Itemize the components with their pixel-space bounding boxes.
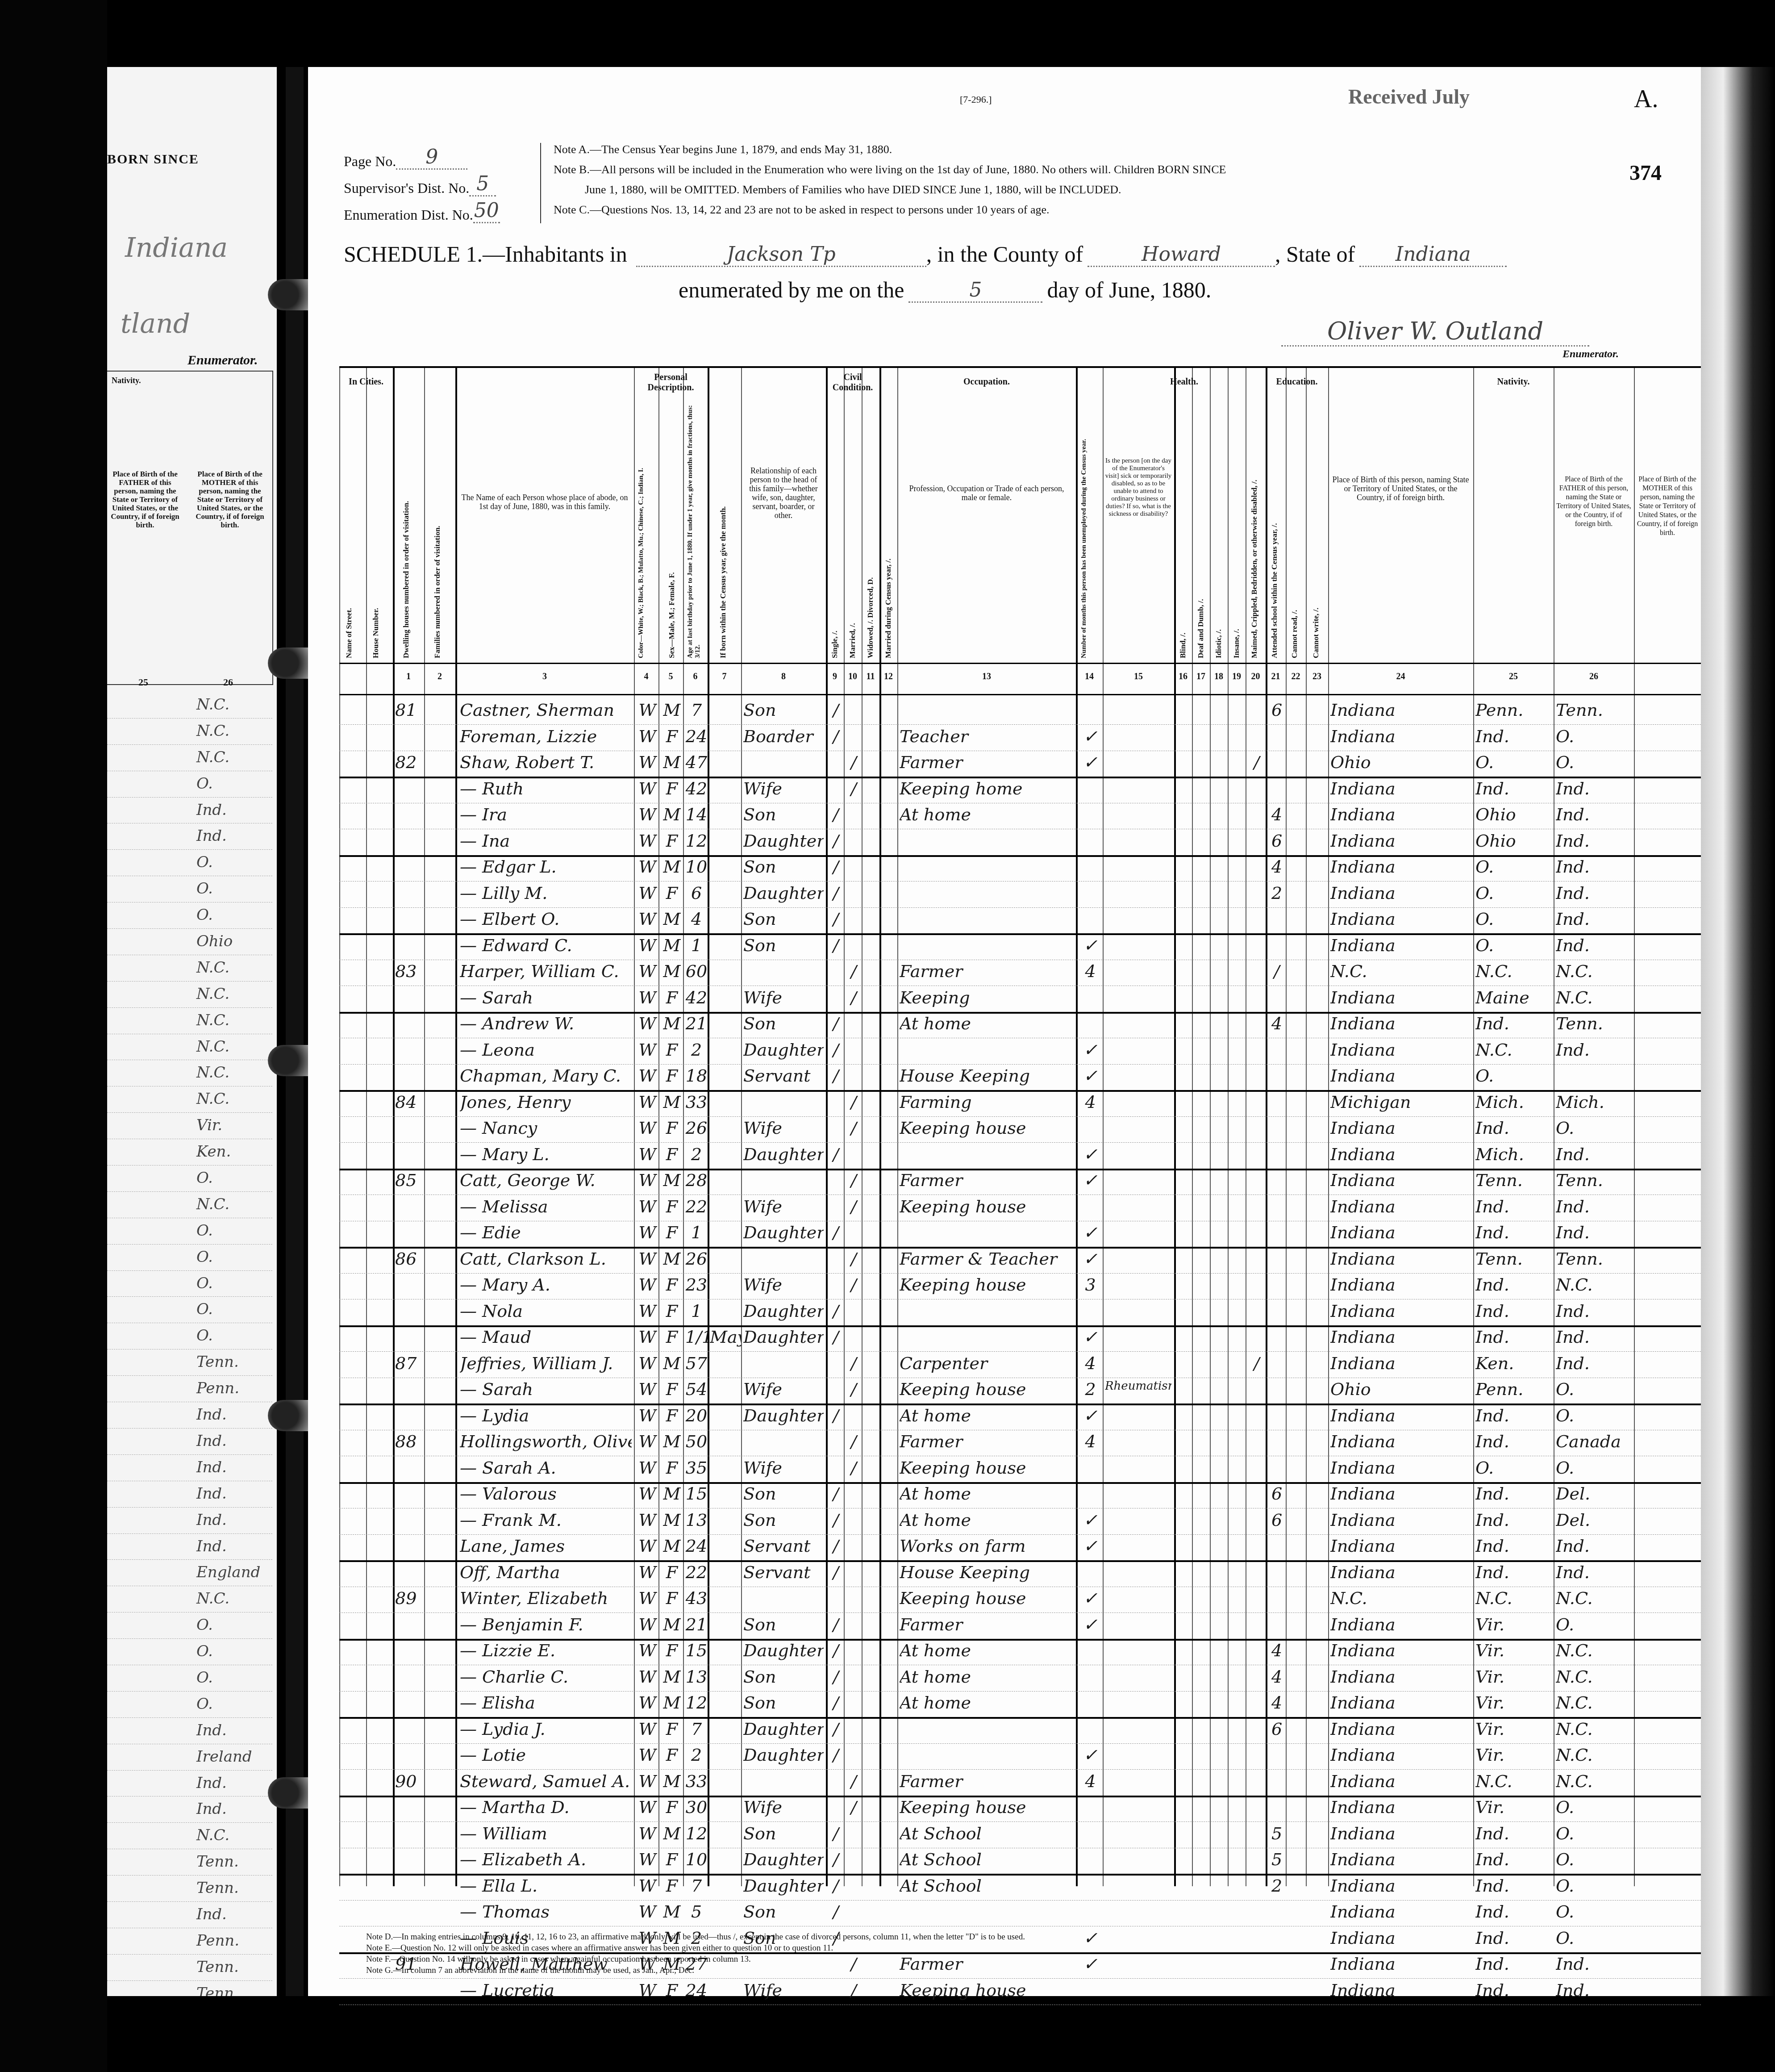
cell-dwelling: 90 [395,1771,422,1791]
cell-occupation: At home [900,805,1074,824]
table-row: — Benjamin F.WM21Son/Farmer✓IndianaVir.O… [339,1613,1701,1641]
cell-sex: F [661,1066,683,1086]
cell-name: — Frank M. [460,1510,632,1530]
cell-sex: M [661,805,683,824]
cell-father: Ind. [1475,1118,1551,1138]
left-col26-header: Place of Birth of the MOTHER of this per… [192,470,268,529]
cell-name: — Ira [460,805,632,824]
left-page-row: O. [107,1323,272,1349]
cell-sex: F [661,1876,683,1896]
table-row: — Mary L.WF2Daughter/✓IndianaMich.Ind.18 [339,1143,1701,1170]
cell-father: Ohio [1475,805,1551,824]
cell-sex: M [661,1536,683,1556]
cell-mother: Ind. [1556,831,1632,851]
cell-single: / [828,1066,844,1086]
table-row: Foreman, LizzieWF24Boarder/Teacher✓India… [339,725,1701,751]
cell-married: / [846,1432,862,1451]
cell-name: — Andrew W. [460,1014,632,1033]
cell-color: W [636,1432,658,1451]
cell-single: / [828,883,844,903]
cell-occupation: At home [900,1693,1074,1713]
cell-occupation: Keeping house [900,1588,1074,1608]
cell-single: / [828,936,844,955]
left-page-row: Tenn. [107,1349,272,1376]
cell-unemp: ✓ [1078,1588,1103,1608]
cell-father: Vir. [1475,1641,1551,1660]
cell-color: W [636,831,658,851]
cell-name: — Charlie C. [460,1667,632,1687]
left-nativity-header: Nativity. Place of Birth of the FATHER o… [107,371,273,685]
cell-rel: Boarder [743,727,824,746]
cell-father: Vir. [1475,1667,1551,1687]
left-page-row: N.C. [107,1586,272,1612]
cell-occupation: Keeping house [900,1118,1074,1138]
cell-father: Ind. [1475,1902,1551,1922]
cell-father: O. [1475,752,1551,772]
left-page-row: N.C. [107,1192,272,1218]
cell-birth: Indiana [1330,831,1471,851]
table-row: — Charlie C.WM13Son/At home4IndianaVir.N… [339,1665,1701,1692]
cell-sex: M [661,1353,683,1373]
cell-age: 5 [685,1902,708,1922]
cell-occupation: Teacher [900,727,1074,746]
cell-sex: M [661,909,683,929]
left-mother-birthplace: N.C. [196,748,229,766]
cell-occupation: House Keeping [900,1562,1074,1582]
cell-sex: F [661,1223,683,1242]
cell-single: / [828,1014,844,1033]
cell-sex: F [661,1301,683,1321]
header-cannot-read: Cannot read, /. [1290,547,1299,658]
cell-birth: Michigan [1330,1092,1471,1112]
table-row: — Edgar L.WM10Son/4IndianaO.Ind.7 [339,855,1701,881]
cell-occupation: At School [900,1850,1074,1869]
cell-birth: Indiana [1330,857,1471,877]
table-row: — LucretiaWF24Wife/Keeping houseIndianaI… [339,1979,1701,2005]
cell-occupation: At home [900,1484,1074,1504]
cell-father: Tenn. [1475,1249,1551,1269]
table-row: — IraWM14Son/At home4IndianaOhioInd.5 [339,803,1701,829]
left-mother-birthplace: Penn. [196,1379,239,1397]
cell-color: W [636,727,658,746]
table-row: Off, MarthaWF22Servant/House KeepingIndi… [339,1561,1701,1587]
cell-single: / [828,1693,844,1713]
cell-mother: N.C. [1556,1693,1632,1713]
cell-unemp: ✓ [1078,1510,1103,1530]
cell-name: Foreman, Lizzie [460,727,632,746]
header-father-birthplace: Place of Birth of the FATHER of this per… [1556,475,1632,529]
cell-school: 4 [1268,1641,1286,1660]
cell-name: — Edgar L. [460,857,632,877]
cell-dwelling: 84 [395,1092,422,1112]
cell-mother: N.C. [1556,1588,1632,1608]
cell-color: W [636,909,658,929]
cell-father: O. [1475,857,1551,877]
cell-rel: Son [743,1824,824,1843]
cell-unemp: ✓ [1078,1536,1103,1556]
cell-name: — William [460,1824,632,1843]
cell-color: W [636,1980,658,2000]
cell-rel: Daughter [743,831,824,851]
header-deaf: Deaf and Dumb, /. [1196,547,1205,658]
cell-age: 15 [685,1484,708,1504]
colnum-5: 5 [658,672,683,682]
cell-sex: F [661,1588,683,1608]
cell-birth: Indiana [1330,1353,1471,1373]
cell-mother: Ind. [1556,883,1632,903]
cell-sex: F [661,1641,683,1660]
header-blind: Blind, /. [1179,582,1187,658]
table-row: — MaudWF1/12MayDaughter/✓IndianaInd.Ind.… [339,1325,1701,1352]
cell-birth: Ohio [1330,1379,1471,1399]
table-row: — LotieWF2Daughter/✓IndianaVir.N.C.41 [339,1743,1701,1770]
cell-rel: Servant [743,1066,824,1086]
colnum-10: 10 [844,672,862,682]
left-mother-birthplace: N.C. [196,1090,229,1108]
cell-school: 6 [1268,1510,1286,1530]
table-row: — ValorousWM15Son/At home6IndianaInd.Del… [339,1482,1701,1508]
cell-father: Ken. [1475,1353,1551,1373]
header-idiotic: Idiotic, /. [1214,582,1223,658]
colnum-17: 17 [1192,672,1210,682]
cell-age: 13 [685,1510,708,1530]
cell-age: 30 [685,1797,708,1817]
left-mother-birthplace: N.C. [196,696,229,714]
table-row: — MelissaWF22Wife/Keeping houseIndianaIn… [339,1195,1701,1221]
header-family: Families numbered in order of visitation… [433,413,442,658]
colnum-21: 21 [1266,672,1286,682]
cell-dwelling: 87 [395,1353,422,1373]
cell-color: W [636,805,658,824]
cell-father: O. [1475,883,1551,903]
cell-birth: Indiana [1330,1145,1471,1164]
left-mother-birthplace: N.C. [196,722,229,740]
cell-mother: N.C. [1556,1771,1632,1791]
cell-name: — Martha D. [460,1797,632,1817]
cell-name: — Edie [460,1223,632,1242]
cell-married: / [846,1458,862,1478]
cell-color: W [636,1484,658,1504]
cell-father: Ind. [1475,1954,1551,1974]
cell-unemp: 4 [1078,1771,1103,1791]
cell-sex: F [661,1745,683,1765]
cell-mother: Ind. [1556,1040,1632,1060]
cell-unemp: ✓ [1078,1327,1103,1347]
group-nativity: Nativity. [1328,377,1699,387]
cell-unemp: ✓ [1078,936,1103,955]
cell-unemp: ✓ [1078,727,1103,746]
cell-name: — Lydia J. [460,1719,632,1739]
cell-name: Lane, James [460,1536,632,1556]
cell-birth: Indiana [1330,1014,1471,1033]
cell-birth: Indiana [1330,1118,1471,1138]
schedule-line: SCHEDULE 1.—Inhabitants in Jackson Tp , … [344,241,1507,267]
cell-sex: F [661,988,683,1007]
cell-name: — Lydia [460,1406,632,1425]
cell-birth: Indiana [1330,1902,1471,1922]
colnum-24: 24 [1328,672,1473,682]
left-page-row: Ind. [107,1771,272,1797]
cell-birth: Indiana [1330,1275,1471,1295]
county-label: , in the County of [926,241,1083,267]
cell-occupation: House Keeping [900,1066,1074,1086]
cell-unemp: 4 [1078,1353,1103,1373]
cell-father: Ind. [1475,1432,1551,1451]
cell-color: W [636,1145,658,1164]
left-mother-birthplace: Tenn. [196,1879,239,1897]
cell-age: 54 [685,1379,708,1399]
colnum-4: 4 [634,672,658,682]
cell-father: Ind. [1475,1980,1551,2000]
day-label: day of June, 1880. [1047,277,1211,303]
enumeration-label: Enumeration Dist. No. [344,207,473,223]
cell-unemp: ✓ [1078,1954,1103,1974]
cell-mother: Ind. [1556,779,1632,798]
cell-school: 4 [1268,857,1286,877]
cell-school: 4 [1268,1667,1286,1687]
cell-name: — Ella L. [460,1876,632,1896]
footnotes: Note D.—In making entries in columns 9, … [366,1931,1025,1976]
table-row: — EdieWF1Daughter/✓IndianaInd.Ind.21 [339,1221,1701,1249]
cell-color: W [636,700,658,720]
cell-mother: Tenn. [1556,700,1632,720]
cell-birth: Indiana [1330,988,1471,1007]
header-age: Age at last birthday prior to June 1, 18… [687,395,702,658]
cell-birth: Indiana [1330,1797,1471,1817]
left-mother-birthplace: O. [196,775,213,793]
left-page-row: Tenn. [107,1955,272,1981]
cell-school: 6 [1268,1719,1286,1739]
cell-sex: F [661,1980,683,2000]
cell-dwelling: 83 [395,961,422,981]
page-no-label: Page No. [344,153,396,170]
cell-mother: Del. [1556,1484,1632,1504]
cell-father: Ohio [1475,831,1551,851]
cell-rel: Wife [743,1197,824,1216]
cell-married: / [846,961,862,981]
left-mother-birthplace: N.C. [196,1011,229,1029]
cell-occupation: At home [900,1510,1074,1530]
cell-mother: Ind. [1556,936,1632,955]
cell-name: — Edward C. [460,936,632,955]
cell-father: N.C. [1475,1040,1551,1060]
table-row: 87Jeffries, William J.WM57/Carpenter4/In… [339,1352,1701,1378]
left-col26-num: 26 [223,677,233,688]
cell-dwelling: 89 [395,1588,422,1608]
table-row: — Andrew W.WM21Son/At home4IndianaInd.Te… [339,1012,1701,1038]
left-page-row: Ind. [107,1534,272,1560]
cell-unemp: 4 [1078,1092,1103,1112]
cell-single: / [828,857,844,877]
left-page-row: O. [107,771,272,798]
cell-occupation: At home [900,1667,1074,1687]
table-row: — ElishaWM12Son/At home4IndianaVir.N.C.3… [339,1691,1701,1719]
left-mother-birthplace: Ind. [196,1774,227,1792]
header-maimed: Maimed, Crippled, Bedridden, or otherwis… [1250,395,1259,658]
left-mother-birthplace: Ind. [196,1432,227,1450]
cell-sex: F [661,831,683,851]
cell-rel: Wife [743,1118,824,1138]
cell-name: Jeffries, William J. [460,1353,632,1373]
cell-occupation: Keeping home [900,779,1074,798]
header-married-census: Married during Census year, /. [884,480,893,658]
cell-school: 2 [1268,883,1286,903]
cell-age: 1 [685,1223,708,1242]
cell-father: Ind. [1475,779,1551,798]
cell-sex: M [661,1092,683,1112]
left-mother-birthplace: Ind. [196,1905,227,1923]
cell-maimed: / [1248,1353,1266,1373]
cell-age: 42 [685,779,708,798]
cell-sex: F [661,1458,683,1478]
cell-name: Harper, William C. [460,961,632,981]
cell-color: W [636,1850,658,1869]
cell-single: / [828,1562,844,1582]
cell-occupation: Keeping house [900,1797,1074,1817]
left-page-row: O. [107,1639,272,1665]
cell-name: Chapman, Mary C. [460,1066,632,1086]
left-mother-birthplace: Ind. [196,801,227,819]
cell-sex: F [661,1197,683,1216]
table-row: 88Hollingsworth, Oliver P.WM50/Farmer4In… [339,1430,1701,1456]
cell-age: 15 [685,1641,708,1660]
cell-name: — Sarah [460,1379,632,1399]
cell-birth: Indiana [1330,1249,1471,1269]
left-page-row: N.C. [107,955,272,982]
cell-rel: Son [743,805,824,824]
cell-unemp: ✓ [1078,1170,1103,1190]
state-label: , State of [1275,241,1355,267]
note-d: Note D.—In making entries in columns 9, … [366,1931,1025,1942]
cell-single: / [828,1223,844,1242]
header-unemployed: Number of months this person has been un… [1080,395,1088,658]
cell-name: Catt, George W. [460,1170,632,1190]
left-mother-birthplace: N.C. [196,1038,229,1056]
cell-occupation: Farmer [900,752,1074,772]
cell-school: / [1268,961,1286,981]
cell-occupation: Farmer & Teacher [900,1249,1074,1269]
cell-school: 5 [1268,1850,1286,1869]
cell-school: 6 [1268,1484,1286,1504]
cell-sex: F [661,883,683,903]
table-row: — InaWF12Daughter/6IndianaOhioInd.6 [339,829,1701,857]
cell-birth: Indiana [1330,779,1471,798]
cell-dwelling: 88 [395,1432,422,1451]
day-value: 5 [908,279,1042,303]
cell-single: / [828,1327,844,1347]
cell-color: W [636,1641,658,1660]
cell-unemp: ✓ [1078,1066,1103,1086]
cell-mother: Mich. [1556,1092,1632,1112]
left-page-row: N.C. [107,1086,272,1113]
cell-rel: Wife [743,1458,824,1478]
cell-occupation: At home [900,1641,1074,1660]
cell-sex: M [661,1249,683,1269]
table-row: — NancyWF26Wife/Keeping houseIndianaInd.… [339,1116,1701,1143]
cell-sex: M [661,1667,683,1687]
received-stamp: Received July [1348,85,1470,109]
left-mother-birthplace: N.C. [196,1590,229,1608]
cell-age: 20 [685,1406,708,1425]
cell-father: Ind. [1475,1928,1551,1948]
group-personal: Personal Description. [634,372,708,393]
cell-color: W [636,1536,658,1556]
cell-unemp: ✓ [1078,1040,1103,1060]
cell-maimed: / [1248,752,1266,772]
cell-father: Maine [1475,988,1551,1007]
left-page-row: O. [107,1612,272,1639]
cell-sex: F [661,727,683,746]
left-page-row: Ind. [107,1508,272,1534]
cell-color: W [636,1170,658,1190]
colnum-23: 23 [1306,672,1328,682]
cell-mother: O. [1556,727,1632,746]
cell-dwelling: 86 [395,1249,422,1269]
cell-age: 10 [685,1850,708,1869]
cell-occupation: Carpenter [900,1353,1074,1373]
cell-age: 60 [685,961,708,981]
table-row: — ThomasWM5Son/IndianaInd.O.47 [339,1900,1701,1926]
cell-rel: Daughter [743,1641,824,1660]
cell-father: N.C. [1475,1588,1551,1608]
cell-mother: Ind. [1556,1145,1632,1164]
cell-unemp: ✓ [1078,1745,1103,1765]
cell-father: Vir. [1475,1797,1551,1817]
cell-name: — Elbert O. [460,909,632,929]
header-birth-month: If born within the Census year, give the… [719,395,728,658]
cell-single: / [828,831,844,851]
supervisor-label: Supervisor's Dist. No. [344,180,469,196]
table-row: — LydiaWF20Daughter/At home✓IndianaInd.O… [339,1404,1701,1430]
left-mother-birthplace: Ind. [196,1800,227,1818]
left-page-row: Ind. [107,798,272,824]
left-page-row: O. [107,1245,272,1271]
left-mother-birthplace: Ind. [196,1537,227,1555]
cell-sex: M [661,1170,683,1190]
state-value: Indiana [1359,243,1507,267]
cell-age: 28 [685,1170,708,1190]
cell-birth: Indiana [1330,1824,1471,1843]
cell-sex: F [661,1562,683,1582]
header-street: Name of Street. [345,502,354,658]
cell-age: 1 [685,936,708,955]
left-nativity-label: Nativity. [112,376,141,385]
cell-rel: Wife [743,779,824,798]
census-page: [7-296.] Received July A. 374 Page No. 9… [308,67,1701,1996]
cell-color: W [636,1327,658,1347]
cell-color: W [636,1275,658,1295]
group-education: Education. [1266,377,1328,387]
cell-father: O. [1475,909,1551,929]
left-mother-birthplace: O. [196,1616,213,1634]
cell-father: Ind. [1475,1562,1551,1582]
cell-birth: Indiana [1330,936,1471,955]
cell-rel: Daughter [743,1301,824,1321]
cell-mother: O. [1556,752,1632,772]
colnum-22: 22 [1286,672,1306,682]
cell-color: W [636,1092,658,1112]
cell-age: 43 [685,1588,708,1608]
cell-mother: O. [1556,1797,1632,1817]
cell-color: W [636,883,658,903]
cell-color: W [636,1014,658,1033]
table-row: — Ella L.WF7Daughter/At School2IndianaIn… [339,1874,1701,1901]
cell-rel: Daughter [743,1040,824,1060]
cell-sex: F [661,1040,683,1060]
cell-birth: Indiana [1330,1615,1471,1634]
cell-occupation: Keeping house [900,1458,1074,1478]
cell-rel: Daughter [743,1876,824,1896]
